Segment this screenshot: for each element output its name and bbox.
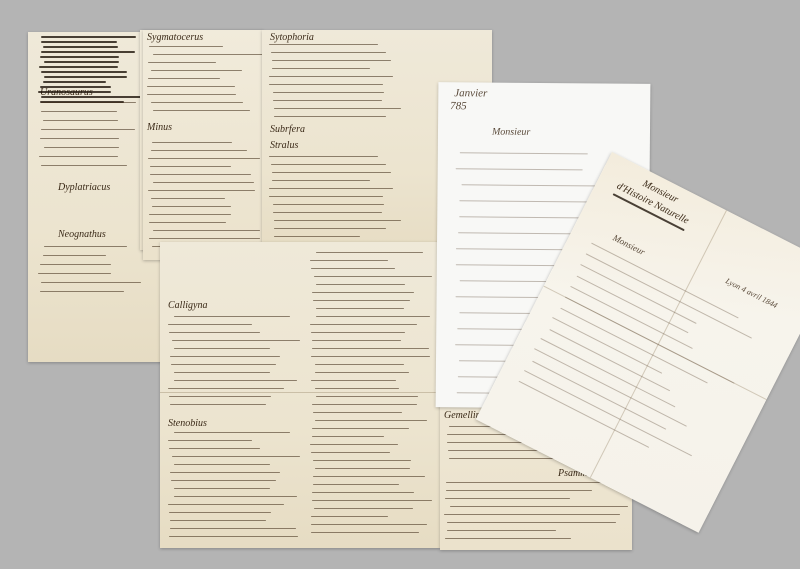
handwriting-line <box>147 94 236 95</box>
handwriting-line <box>269 188 394 189</box>
handwriting-line <box>147 86 235 87</box>
handwriting-line <box>170 472 281 473</box>
handwriting-line <box>168 388 284 389</box>
handwriting-line <box>38 91 111 93</box>
handwriting-line <box>149 238 260 239</box>
handwriting-line <box>445 498 571 499</box>
handwriting-line <box>153 182 254 183</box>
handwriting-line <box>41 51 135 53</box>
handwriting-line <box>310 444 397 445</box>
handwriting-line <box>313 460 411 461</box>
handwriting-line <box>171 364 276 365</box>
handwriting-line <box>273 212 382 213</box>
handwriting-line <box>541 338 676 407</box>
handwriting-line <box>41 102 136 103</box>
handwriting-line <box>169 332 260 333</box>
handwriting-line <box>313 412 402 413</box>
handwriting-line <box>41 165 127 166</box>
handwriting-line <box>149 214 231 215</box>
handwriting-line <box>310 324 417 325</box>
handwriting-line <box>170 356 281 357</box>
handwriting-line <box>40 56 119 58</box>
handwriting-line <box>170 520 266 521</box>
handwriting-line <box>315 364 404 365</box>
handwriting-line <box>43 255 106 256</box>
handwriting-line <box>456 168 582 170</box>
handwriting-line <box>151 70 243 71</box>
handwriting-line <box>150 166 231 167</box>
handwriting-line <box>174 488 270 489</box>
handwriting-line <box>313 476 425 477</box>
handwriting-line <box>580 264 696 324</box>
handwriting-line <box>41 71 127 73</box>
handwriting-line <box>168 504 284 505</box>
handwriting-line <box>315 372 409 373</box>
handwriting-line <box>44 76 127 78</box>
handwriting-line <box>315 420 426 421</box>
handwriting-line <box>313 484 399 485</box>
handwriting-line <box>269 76 394 77</box>
handwriting-line <box>444 514 620 515</box>
handwriting-line <box>169 396 270 397</box>
handwriting-line <box>272 60 391 61</box>
handwriting-line <box>43 120 118 121</box>
handwriting-line <box>311 516 388 517</box>
handwriting-line <box>40 138 119 139</box>
handwriting-line <box>460 152 588 154</box>
handwriting-line <box>44 61 119 63</box>
handwriting-line <box>311 524 426 525</box>
handwriting-line <box>274 228 386 229</box>
handwriting-line <box>586 253 752 338</box>
handwriting-line <box>41 111 118 112</box>
handwriting-line <box>40 86 110 88</box>
handwriting-line <box>39 156 117 157</box>
handwriting-line <box>272 68 370 69</box>
manuscript-sheet-center: Sygmatocerus Minus <box>143 30 263 260</box>
handwriting-line <box>315 468 410 469</box>
handwriting-line <box>148 78 220 79</box>
handwriting-line <box>312 404 417 405</box>
handwriting-line <box>41 41 118 43</box>
handwriting-line <box>273 92 385 93</box>
handwriting-line <box>450 506 629 507</box>
handwriting-line <box>153 54 263 55</box>
handwriting-line <box>149 46 224 47</box>
handwriting-line <box>174 464 270 465</box>
handwriting-line <box>151 198 225 199</box>
handwriting-line <box>461 184 605 186</box>
handwriting-line <box>550 329 671 391</box>
handwriting-line <box>269 44 378 45</box>
handwriting-line <box>149 222 227 223</box>
handwriting-line <box>447 522 616 523</box>
handwriting-line <box>40 291 125 292</box>
handwriting-line <box>314 276 432 277</box>
handwriting-line <box>151 102 243 103</box>
handwriting-line <box>312 436 384 437</box>
handwriting-line <box>269 84 383 85</box>
handwriting-line <box>315 388 399 389</box>
handwriting-line <box>524 370 693 457</box>
handwriting-line <box>312 348 429 349</box>
handwriting-line <box>447 530 557 531</box>
handwriting-line <box>169 536 298 537</box>
handwriting-line <box>518 381 649 448</box>
handwriting-line <box>153 230 261 231</box>
handwriting-line <box>316 284 405 285</box>
handwriting-line <box>174 496 298 497</box>
handwriting-line <box>314 508 414 509</box>
handwriting-line <box>312 428 409 429</box>
handwriting-line <box>41 129 135 130</box>
handwriting-line <box>269 196 383 197</box>
handwriting-line <box>460 200 594 202</box>
manuscript-sheet-bottom-center: Calligyna Stenobius Boriubia <box>160 242 440 548</box>
handwriting-line <box>43 81 106 83</box>
handwriting-line <box>170 528 296 529</box>
handwriting-line <box>271 52 386 53</box>
handwriting-line <box>273 204 385 205</box>
handwriting-line <box>312 492 414 493</box>
handwriting-line <box>565 296 735 383</box>
handwriting-line <box>168 324 252 325</box>
handwriting-line <box>169 512 270 513</box>
handwriting-line <box>311 380 396 381</box>
handwriting-line <box>43 46 118 48</box>
handwriting-line <box>148 190 254 191</box>
handwriting-line <box>312 292 414 293</box>
handwriting-line <box>532 361 666 430</box>
handwriting-line <box>44 147 119 148</box>
handwriting-line <box>174 316 290 317</box>
handwriting-line <box>152 142 232 143</box>
handwriting-line <box>274 116 386 117</box>
handwriting-line <box>40 264 110 265</box>
handwriting-line <box>174 348 270 349</box>
handwriting-line <box>38 273 111 274</box>
handwriting-line <box>316 316 430 317</box>
handwriting-line <box>274 108 402 109</box>
handwriting-line <box>446 482 605 483</box>
handwriting-line <box>39 66 117 68</box>
handwriting-line <box>171 480 276 481</box>
handwriting-line <box>151 150 247 151</box>
handwriting-line <box>316 252 423 253</box>
handwriting-line <box>174 372 270 373</box>
handwriting-line <box>41 282 141 283</box>
handwriting-line <box>274 220 402 221</box>
handwriting-line <box>41 36 136 38</box>
handwriting-line <box>311 452 389 453</box>
handwriting-line <box>272 180 370 181</box>
handwriting-line <box>172 340 300 341</box>
handwriting-line <box>311 268 395 269</box>
handwriting-line <box>41 96 141 98</box>
handwriting-line <box>269 156 378 157</box>
handwriting-line <box>169 448 260 449</box>
handwriting-line <box>446 490 592 491</box>
handwriting-line <box>273 100 382 101</box>
handwriting-line <box>445 538 570 539</box>
handwriting-line <box>174 432 290 433</box>
handwriting-line <box>312 340 401 341</box>
handwriting-line <box>153 110 251 111</box>
handwriting-line <box>148 158 260 159</box>
handwriting-line <box>311 532 419 533</box>
handwriting-line <box>44 246 127 247</box>
handwriting-line <box>168 440 252 441</box>
handwriting-line <box>316 396 419 397</box>
handwriting-line <box>148 62 215 63</box>
handwriting-line <box>274 236 361 237</box>
handwriting-line <box>172 456 300 457</box>
handwriting-line <box>313 300 410 301</box>
handwriting-line <box>272 172 391 173</box>
handwriting-line <box>311 332 404 333</box>
handwriting-line <box>150 174 250 175</box>
handwriting-line <box>312 500 431 501</box>
handwriting-line <box>570 286 693 349</box>
handwriting-line <box>316 308 405 309</box>
handwriting-line <box>311 356 430 357</box>
handwriting-line <box>310 260 388 261</box>
handwriting-line <box>152 206 232 207</box>
handwriting-line <box>271 164 386 165</box>
handwriting-line <box>170 404 266 405</box>
handwriting-line <box>174 380 298 381</box>
